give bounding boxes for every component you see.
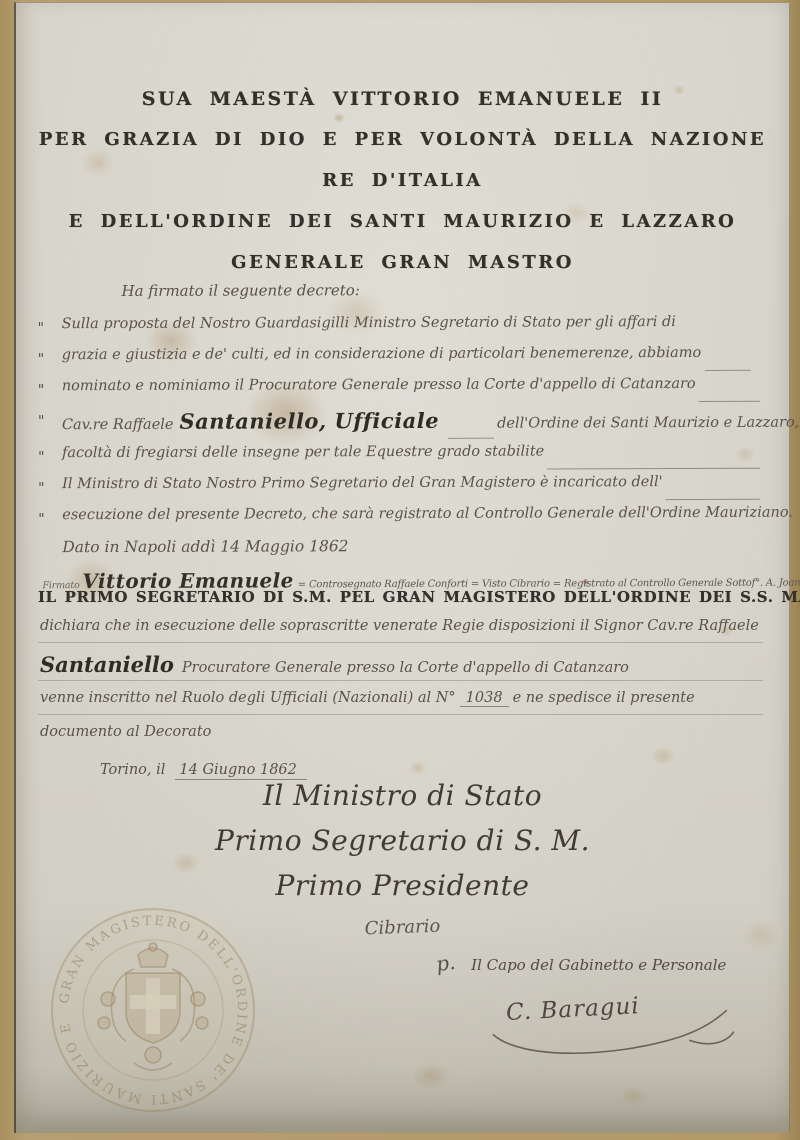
document-paper: GRAN MAGISTERO DELL'ORDINE DE' SANTI MAU… [14,2,790,1133]
decree-intro-line: Ha firmato il seguente decreto: [37,280,762,317]
ruled-filler-line [547,466,760,470]
decree-line-text: Sulla proposta del Nostro Guardasigilli … [62,314,676,332]
scanned-decree-document: { "palette": { "paper": "#d7d3c9", "mat_… [0,0,800,1140]
closing-title-secretary: Primo Segretario di S. M. [16,818,789,863]
margin-quote-mark: " [38,320,44,336]
margin-quote-mark: " [38,351,44,367]
registry-heading: IL PRIMO SEGRETARIO DI S.M. PEL GRAN MAG… [38,588,763,606]
ruled-filler-line [666,497,761,500]
ruled-filler-line [704,368,750,371]
decree-intro-text: Ha firmato il seguente decreto: [121,281,359,300]
appointee-title-text: Cav.re Raffaele [62,417,174,433]
decree-quoted-line: " grazia e giustizia e de' culti, ed in … [38,345,763,379]
decree-line-text: grazia e giustizia e de' culti, ed in co… [62,345,702,363]
minister-signature: Cibrario [16,904,789,952]
registry-line-text: e ne spedisce il presente [513,690,695,706]
decree-dateline: Dato in Napoli addì 14 Maggio 1862 [38,536,763,570]
roll-number: 1038 [460,690,509,707]
decree-quoted-line: " facoltà di fregiarsi delle insegne per… [38,443,763,477]
cabinet-block: p. Il Capo del Gabinetto e Personale C. … [436,951,776,1019]
decree-line-text: dell'Ordine dei Santi Maurizio e Lazzaro… [497,415,800,432]
registry-line-text: dichiara che in esecuzione delle soprasc… [40,618,759,634]
decree-quoted-line: " Sulla proposta del Nostro Guardasigill… [38,314,763,348]
closing-title-president: Primo Presidente [16,863,789,908]
registry-roll-line: venne inscritto nel Ruolo degli Ufficial… [38,690,763,715]
decree-line-text: facoltà di fregiarsi delle insegne per t… [62,443,544,461]
margin-quote-mark: " [38,449,44,465]
masthead-line-order: E DELL'ORDINE DEI SANTI MAURIZIO E LAZZA… [16,210,789,234]
margin-quote-mark: " [38,382,44,398]
decree-quoted-line: " Il Ministro di Stato Nostro Primo Segr… [38,474,763,508]
masthead-line-sovereign: SUA MAESTÀ VITTORIO EMANUELE II [16,87,789,111]
per-abbreviation: p. [434,950,456,976]
stain [616,1083,652,1109]
stain [406,1058,456,1094]
masthead-line-grandmaster: GENERALE GRAN MASTRO [16,251,789,275]
masthead-line-king: RE D'ITALIA [16,169,789,193]
closing-titles: Il Ministro di Stato Primo Segretario di… [16,773,789,938]
decree-body: Ha firmato il seguente decreto: " Sulla … [37,280,763,606]
margin-quote-mark: " [38,511,44,527]
decree-line-text: Il Ministro di Stato Nostro Primo Segret… [62,474,662,492]
decree-quoted-line-appointee: " Cav.re Raffaele Santaniello, Ufficiale… [38,407,763,446]
registry-line: dichiara che in esecuzione delle soprasc… [38,618,763,643]
masthead-line-grace: PER GRAZIA DI DIO E PER VOLONTÀ DELLA NA… [16,128,789,152]
ruled-filler-line [448,436,494,439]
decree-line-text: nominato e nominiamo il Procuratore Gene… [62,376,696,394]
margin-quote-mark: " [38,413,44,429]
registry-section: IL PRIMO SEGRETARIO DI S.M. PEL GRAN MAG… [38,588,763,780]
registry-name-line: Santaniello Procuratore Generale presso … [38,652,763,681]
registry-line-text: Procuratore Generale presso la Corte d'a… [182,660,629,676]
margin-quote-mark: " [38,480,44,496]
registry-line-text: venne inscritto nel Ruolo degli Ufficial… [40,690,456,706]
decree-quoted-line: " esecuzione del presente Decreto, che s… [38,505,763,539]
appointee-name: Santaniello, Ufficiale [179,408,439,434]
decorated-name: Santaniello [40,652,174,677]
registry-line-text: documento al Decorato [40,724,211,740]
cabinet-chief-signature: C. Baragui [506,986,777,1026]
decree-quoted-line: " nominato e nominiamo il Procuratore Ge… [38,376,763,410]
cabinet-title-row: p. Il Capo del Gabinetto e Personale [436,951,776,975]
closing-title-minister: Il Ministro di Stato [16,773,789,818]
printed-masthead: SUA MAESTÀ VITTORIO EMANUELE II PER GRAZ… [16,87,789,292]
decree-dateline-text: Dato in Napoli addì 14 Maggio 1862 [62,537,348,556]
decree-line-text: esecuzione del presente Decreto, che sar… [62,505,793,524]
registry-line: documento al Decorato [38,724,763,748]
cabinet-chief-title: Il Capo del Gabinetto e Personale [471,956,726,974]
ruled-filler-line [699,399,760,402]
